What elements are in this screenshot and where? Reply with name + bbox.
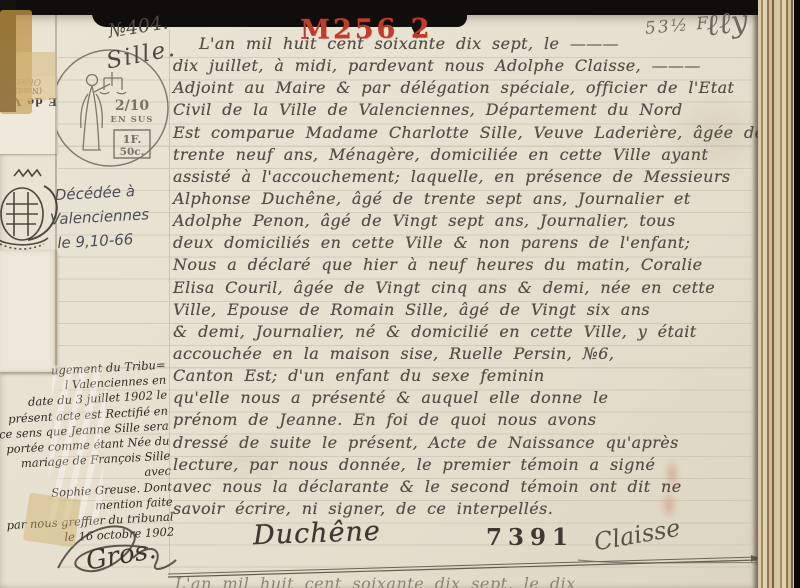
- act-line: Nous a déclaré que hier à neuf heures du…: [173, 255, 756, 277]
- act-line: dressé de suite le présent, Acte de Nais…: [173, 433, 756, 455]
- act-line: L'an mil huit cent soixante dix sept, le…: [199, 34, 756, 56]
- act-line: deux domiciliés en cette Ville & non par…: [173, 233, 756, 255]
- act-line: qu'elle nous a présenté & auquel elle do…: [173, 388, 756, 410]
- act-line: Civil de la Ville de Valenciennes, Dépar…: [173, 100, 756, 122]
- stamp-value-top: 1F.: [122, 132, 141, 146]
- act-line: Canton Est; d'un enfant du sexe feminin: [173, 366, 756, 388]
- stamp-surcharge: EN SUS: [111, 115, 154, 125]
- adhesive-tape: [16, 52, 56, 100]
- act-line: Adjoint au Maire & par délégation spécia…: [173, 78, 756, 100]
- next-act-preview: L'an mil huit cent soixante dix sept, le…: [175, 574, 576, 588]
- act-line: Adolphe Penon, âgé de Vingt sept ans, Jo…: [173, 211, 756, 233]
- act-line: prénom de Jeanne. En foi de quoi nous av…: [173, 410, 756, 432]
- act-line: accouchée en la maison sise, Ruelle Pers…: [173, 344, 756, 366]
- death-annotation: Décédée à Valenciennes le 9,10-66: [54, 177, 178, 255]
- act-line: Elisa Couril, âgée de Vingt cinq ans & d…: [173, 278, 756, 300]
- act-line: assisté à l'accouchement; laquelle, en p…: [173, 167, 756, 189]
- witness-signature: Duchêne: [252, 516, 381, 551]
- act-line: Ville, Epouse de Romain Sille, âgé de Vi…: [173, 300, 756, 322]
- act-body: L'an mil huit cent soixante dix sept, le…: [173, 34, 756, 521]
- red-ink-smudge: [660, 490, 678, 520]
- adhesive-tape: [23, 493, 81, 548]
- act-line: Est comparue Madame Charlotte Sille, Veu…: [173, 123, 756, 145]
- act-line: Alphonse Duchêne, âgé de trente sept ans…: [173, 189, 756, 211]
- stamp-fraction: 2/10: [115, 98, 150, 114]
- book-page-edges: [758, 0, 794, 588]
- register-scan: 2/10 EN SUS 1F. 50c. E de VALE (Nord) Ob…: [0, 0, 800, 588]
- red-ink-smudge: [664, 458, 680, 490]
- act-line: & demi, Journalier, né & domicilié en ce…: [173, 322, 756, 344]
- act-line: trente neuf ans, Ménagère, domiciliée en…: [173, 145, 756, 167]
- stamp-value-bottom: 50c.: [120, 146, 145, 158]
- pasted-paper-slip: [0, 250, 57, 372]
- photo-border-right: [794, 0, 800, 588]
- act-line: dix juillet, à midi, pardevant nous Adol…: [173, 56, 756, 78]
